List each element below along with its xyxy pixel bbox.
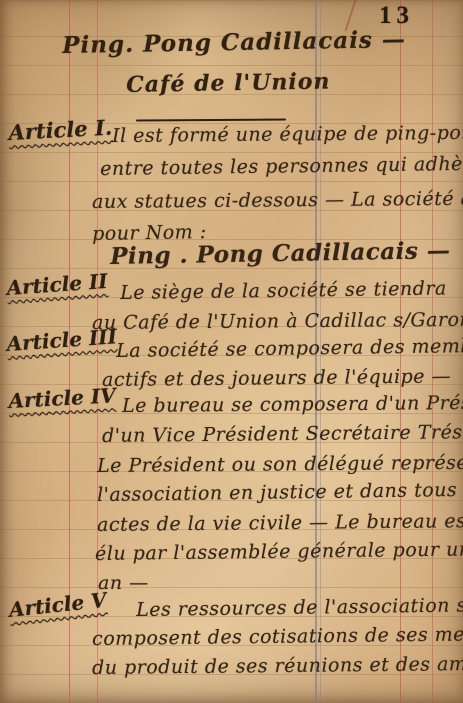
manuscript-line: l'association en justice et dans tous le… (97, 480, 463, 505)
article-label: Article I. (8, 117, 113, 143)
title-line-1: Ping. Pong Cadillacais — (62, 26, 406, 59)
manuscript-line: La société se composera des membres (116, 337, 463, 361)
manuscript-line: actifs et des joueurs de l'équipe — (102, 367, 451, 390)
manuscript-line: actes de la vie civile — Le bureau est (97, 512, 463, 535)
manuscript-line: Il est formé une équipe de ping-pong (112, 124, 463, 146)
title-line-2: Café de l'Union (126, 68, 331, 98)
manuscript-line: au Café de l'Union à Cadillac s/Garonne (92, 310, 463, 333)
manuscript-ink-layer: 13 Ping. Pong Cadillacais — Café de l'Un… (0, 0, 463, 703)
manuscript-line: Ping . Pong Cadillacais — (110, 239, 451, 268)
manuscript-line: élu par l'assemblée générale pour un (95, 540, 463, 564)
manuscript-line: d'un Vice Président Secrétaire Trésorier (102, 423, 463, 446)
manuscript-line: Le siège de la société se tiendra (120, 279, 447, 303)
article-label: Article V (8, 590, 107, 620)
title-separator-rule (136, 118, 286, 121)
manuscript-line: entre toutes les personnes qui adhèrent (100, 154, 463, 179)
manuscript-line: an — (98, 574, 149, 593)
manuscript-line: Le bureau se composera d'un Président (122, 394, 463, 416)
manuscript-line: composent des cotisations de ses membres… (92, 625, 463, 649)
article-label: Article IV (8, 385, 116, 411)
manuscript-line: Le Président ou son délégué représente (97, 453, 463, 476)
manuscript-line: Les ressources de l'association se (136, 596, 463, 620)
manuscript-line: du produit de ses réunions et des amende… (92, 654, 463, 678)
article-label: Article II (6, 271, 108, 298)
manuscript-line: aux statues ci-dessous — La société aura (92, 189, 463, 212)
